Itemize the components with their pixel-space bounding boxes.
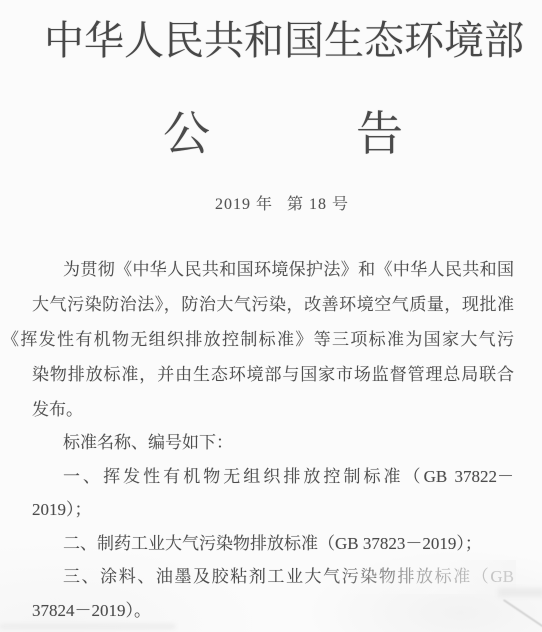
announcement-char-left: 公	[163, 97, 210, 164]
issue-number-line: 2019 年第 18 号	[11, 191, 542, 214]
announcement-document-page: 中华人民共和国生态环境部 公 告 2019 年第 18 号 为贯彻《中华人民共和…	[0, 0, 542, 632]
paragraph-line: 染物排放标准，并由生态环境部与国家市场监督管理总局联合	[32, 357, 514, 392]
standards-intro-line: 标准名称、编号如下：	[32, 426, 514, 460]
paragraph-line: 为贯彻《中华人民共和国环境保护法》和《中华人民共和国	[32, 252, 514, 287]
announcement-heading: 公 告	[12, 97, 542, 164]
paragraph-line: 发布。	[32, 392, 514, 427]
scan-smudge	[498, 588, 542, 597]
standard-item-line: 一、挥发性有机物无组织排放控制标准（GB 37822－	[32, 460, 514, 494]
paragraph-line: 大气污染防治法》，防治大气污染，改善环境空气质量，现批准	[32, 287, 514, 322]
ministry-title: 中华人民共和国生态环境部	[13, 9, 542, 66]
paragraph-line: 《挥发性有机物无组织排放控制标准》等三项标准为国家大气污	[2, 322, 514, 357]
standard-item-line: 三、涂料、油墨及胶粘剂工业大气污染物排放标准（GB	[32, 560, 514, 594]
issue-year: 2019 年	[215, 196, 273, 213]
standard-item-line: 二、制药工业大气污染物排放标准（GB 37823－2019）；	[32, 527, 514, 561]
standard-item-line: 2019）；	[32, 493, 514, 527]
standard-item-line: 37824－2019）。	[32, 594, 514, 628]
issue-number: 第 18 号	[287, 196, 349, 213]
scan-smudge	[0, 624, 175, 629]
body-paragraph: 为贯彻《中华人民共和国环境保护法》和《中华人民共和国 大气污染防治法》，防治大气…	[0, 252, 542, 427]
announcement-char-right: 告	[356, 97, 403, 164]
standards-list: 标准名称、编号如下： 一、挥发性有机物无组织排放控制标准（GB 37822－ 2…	[0, 426, 542, 627]
